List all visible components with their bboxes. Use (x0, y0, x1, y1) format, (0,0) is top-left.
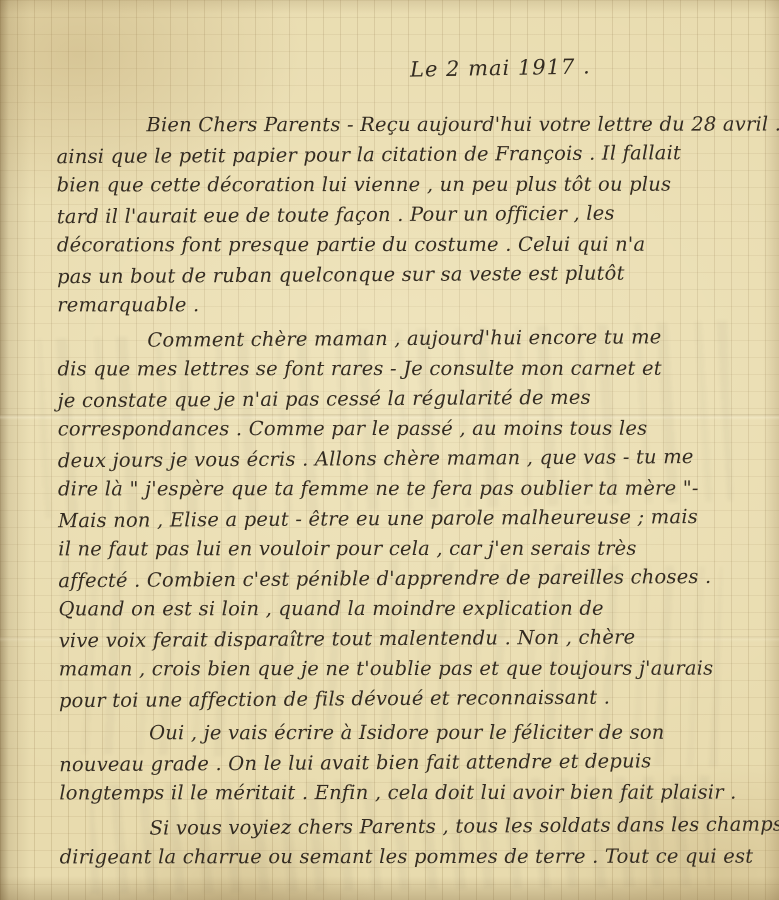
letter-line: correspondances . Comme par le passé , a… (58, 414, 738, 445)
letter-line: Oui , je vais écrire à Isidore pour le f… (59, 718, 739, 749)
letter-line: maman , crois bien que je ne t'oublie pa… (59, 654, 739, 685)
letter-line: il ne faut pas lui en vouloir pour cela … (58, 534, 738, 565)
letter-line: dirigeant la charrue ou semant les pomme… (60, 842, 740, 873)
letter-line: bien que cette décoration lui vienne , u… (57, 170, 737, 201)
letter-line: décorations font presque partie du costu… (57, 230, 737, 261)
letter-line: longtemps il le méritait . Enfin , cela … (59, 778, 739, 809)
letter-line: dis que mes lettres se font rares - Je c… (57, 354, 737, 385)
letter-line: Si vous voyiez chers Parents , tous les … (59, 810, 739, 844)
letter-line: je constate que je n'ai pas cessé la rég… (58, 382, 738, 416)
letter-date: Le 2 mai 1917 . (410, 54, 591, 81)
letter-line: pour toi une affection de fils dévoué et… (59, 682, 739, 716)
letter-line: remarquable . (57, 290, 737, 321)
letter-line: Mais non , Elise a peut - être eu une pa… (58, 502, 738, 536)
letter-line: pas un bout de ruban quelconque sur sa v… (57, 258, 737, 292)
letter-line: tard il l'aurait eue de toute façon . Po… (57, 198, 737, 232)
letter-line: deux jours je vous écris . Allons chère … (58, 442, 738, 476)
letter-line: nouveau grade . On le lui avait bien fai… (59, 746, 739, 780)
letter-line: dire là " j'espère que ta femme ne te fe… (58, 474, 738, 505)
letter-line: Bien Chers Parents - Reçu aujourd'hui vo… (56, 110, 736, 141)
letter-line: Comment chère maman , aujourd'hui encore… (57, 322, 737, 356)
letter-line: ainsi que le petit papier pour la citati… (56, 138, 736, 172)
letter-line: vive voix ferait disparaître tout malent… (59, 622, 739, 656)
letter-line: Quand on est si loin , quand la moindre … (58, 594, 738, 625)
letter-page: Le 2 mai 1917 . Bien Chers Parents - Reç… (0, 0, 779, 900)
letter-line: affecté . Combien c'est pénible d'appren… (58, 562, 738, 596)
letter-body: Bien Chers Parents - Reçu aujourd'hui vo… (56, 109, 739, 874)
